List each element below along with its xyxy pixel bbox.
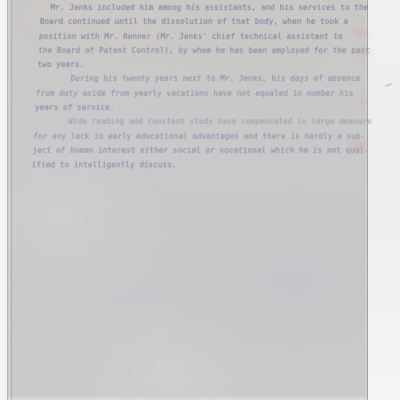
ink-smudge <box>346 24 376 42</box>
ink-smudge <box>356 96 372 108</box>
typewritten-text: Mr. Jenks included him among his assista… <box>31 1 371 173</box>
document-photo: Mr. Jenks included him among his assista… <box>0 0 400 400</box>
paper-page: Mr. Jenks included him among his assista… <box>7 0 368 400</box>
text-line: two years. <box>37 58 368 72</box>
text-line: Mr. Jenks included him among his assista… <box>40 1 371 15</box>
ink-smudge <box>350 44 376 60</box>
paper-edge-shadow <box>11 0 12 400</box>
text-line: the Board of Patent Control), by whom he… <box>38 44 369 58</box>
text-line: for any lack in early educational advant… <box>33 130 364 144</box>
backdrop-right-margin <box>367 0 400 400</box>
text-line: years of service. <box>35 101 366 115</box>
text-line: Board continued until the dissolution of… <box>39 15 370 29</box>
text-line: position with Mr. Renner (Mr. Jenks' chi… <box>39 30 370 44</box>
ink-smudge <box>342 134 372 158</box>
text-line: Wide reading and constant study have com… <box>34 115 365 129</box>
text-line: from duty aside from yearly vacations ha… <box>35 87 366 101</box>
text-line: ject of human interest either social or … <box>32 144 363 158</box>
text-line: ified to intelligently discuss. <box>31 158 362 172</box>
text-line: During his twenty years next to Mr. Jenk… <box>36 72 367 86</box>
